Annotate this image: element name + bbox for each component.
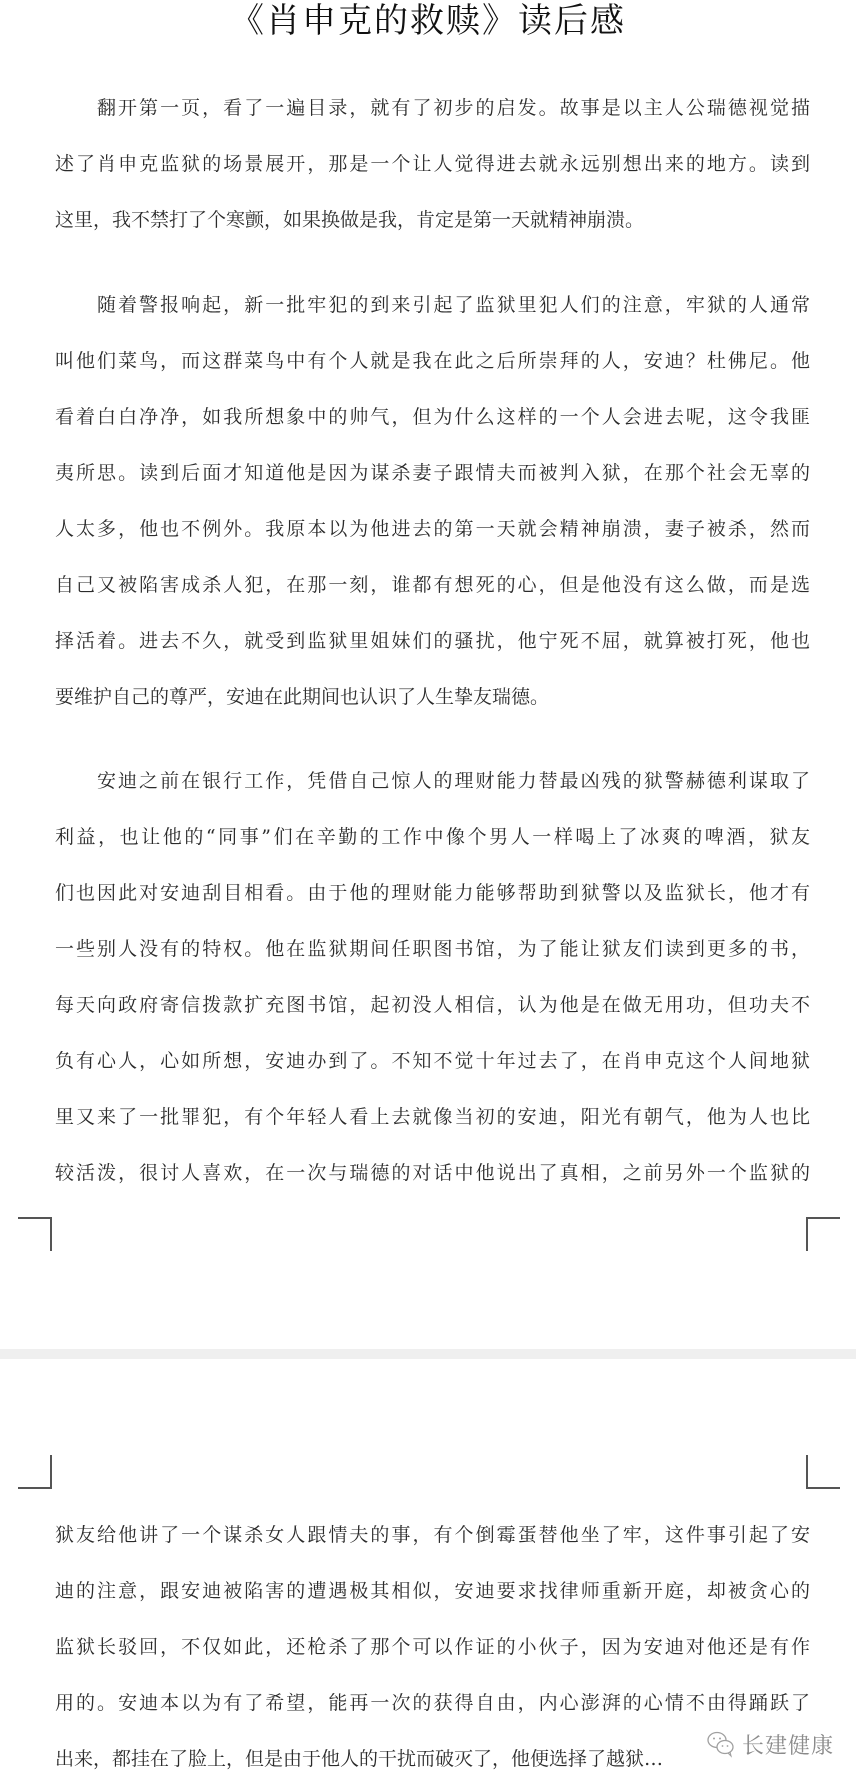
text-line: 里又来了一批罪犯，有个年轻人看上去就像当初的安迪，阳光有朝气，他为人也比 — [55, 1102, 810, 1132]
text-line: 述了肖申克监狱的场景展开，那是一个让人觉得进去就永远别想出来的地方。读到 — [55, 149, 810, 179]
text-line: 一些别人没有的特权。他在监狱期间任职图书馆，为了能让狱友们读到更多的书， — [55, 934, 810, 964]
text-line: 们也因此对安迪刮目相看。由于他的理财能力能够帮助到狱警以及监狱长，他才有 — [55, 878, 810, 908]
text-line: 出来，都挂在了脸上，但是由于他人的干扰而破灭了，他便选择了越狱… — [55, 1744, 810, 1774]
text-line: 择活着。进去不久，就受到监狱里姐妹们的骚扰，他宁死不屈，就算被打死，他也 — [55, 626, 810, 656]
text-line: 监狱长驳回，不仅如此，还枪杀了那个可以作证的小伙子，因为安迪对他还是有作 — [55, 1632, 810, 1662]
text-line: 这里，我不禁打了个寒颤，如果换做是我，肯定是第一天就精神崩溃。 — [55, 205, 810, 235]
watermark-text: 长建健康 — [742, 1729, 834, 1760]
text-line: 利益，也让他的“同事”们在辛勤的工作中像个男人一样喝上了冰爽的啤酒，狱友 — [55, 822, 810, 852]
text-line: 用的。安迪本以为有了希望，能再一次的获得自由，内心澎湃的心情不由得踊跃了 — [55, 1688, 810, 1718]
page-break-gap — [0, 1349, 856, 1359]
text-line: 看着白白净净，如我所想象中的帅气，但为什么这样的一个人会进去呢，这令我匪 — [55, 402, 810, 432]
text-line: 较活泼，很讨人喜欢，在一次与瑞德的对话中他说出了真相，之前另外一个监狱的 — [55, 1158, 810, 1188]
text-line: 夷所思。读到后面才知道他是因为谋杀妻子跟情夫而被判入狱，在那个社会无辜的 — [55, 458, 810, 488]
text-line: 狱友给他讲了一个谋杀女人跟情夫的事，有个倒霉蛋替他坐了牢，这件事引起了安 — [55, 1520, 810, 1550]
text-line: 安迪之前在银行工作，凭借自己惊人的理财能力替最凶残的狱警赫德利谋取了 — [97, 766, 810, 796]
crop-mark-bottom-right — [806, 1217, 840, 1251]
text-line: 迪的注意，跟安迪被陷害的遭遇极其相似，安迪要求找律师重新开庭，却被贪心的 — [55, 1576, 810, 1606]
text-line: 每天向政府寄信拨款扩充图书馆，起初没人相信，认为他是在做无用功，但功夫不 — [55, 990, 810, 1020]
wechat-icon — [706, 1730, 736, 1758]
document-page-2: 狱友给他讲了一个谋杀女人跟情夫的事，有个倒霉蛋替他坐了牢，这件事引起了安 迪的注… — [0, 1359, 856, 1781]
crop-mark-top-left — [18, 1455, 52, 1489]
crop-mark-bottom-left — [18, 1217, 52, 1251]
watermark: 长建健康 — [706, 1729, 834, 1759]
text-line: 负有心人，心如所想，安迪办到了。不知不觉十年过去了，在肖申克这个人间地狱 — [55, 1046, 810, 1076]
text-line: 随着警报响起，新一批牢犯的到来引起了监狱里犯人们的注意，牢狱的人通常 — [97, 290, 810, 320]
document-page-1: 《肖申克的救赎》读后感 翻开第一页，看了一遍目录，就有了初步的启发。故事是以主人… — [0, 0, 856, 1349]
text-line: 自己又被陷害成杀人犯，在那一刻，谁都有想死的心，但是他没有这么做，而是选 — [55, 570, 810, 600]
text-line: 叫他们菜鸟，而这群菜鸟中有个人就是我在此之后所崇拜的人，安迪？杜佛尼。他 — [55, 346, 810, 376]
text-line: 人太多，他也不例外。我原本以为他进去的第一天就会精神崩溃，妻子被杀，然而 — [55, 514, 810, 544]
crop-mark-top-right — [806, 1455, 840, 1489]
text-line: 翻开第一页，看了一遍目录，就有了初步的启发。故事是以主人公瑞德视觉描 — [97, 93, 810, 123]
text-line: 要维护自己的尊严，安迪在此期间也认识了人生挚友瑞德。 — [55, 682, 810, 712]
document-title: 《肖申克的救赎》读后感 — [0, 0, 856, 42]
